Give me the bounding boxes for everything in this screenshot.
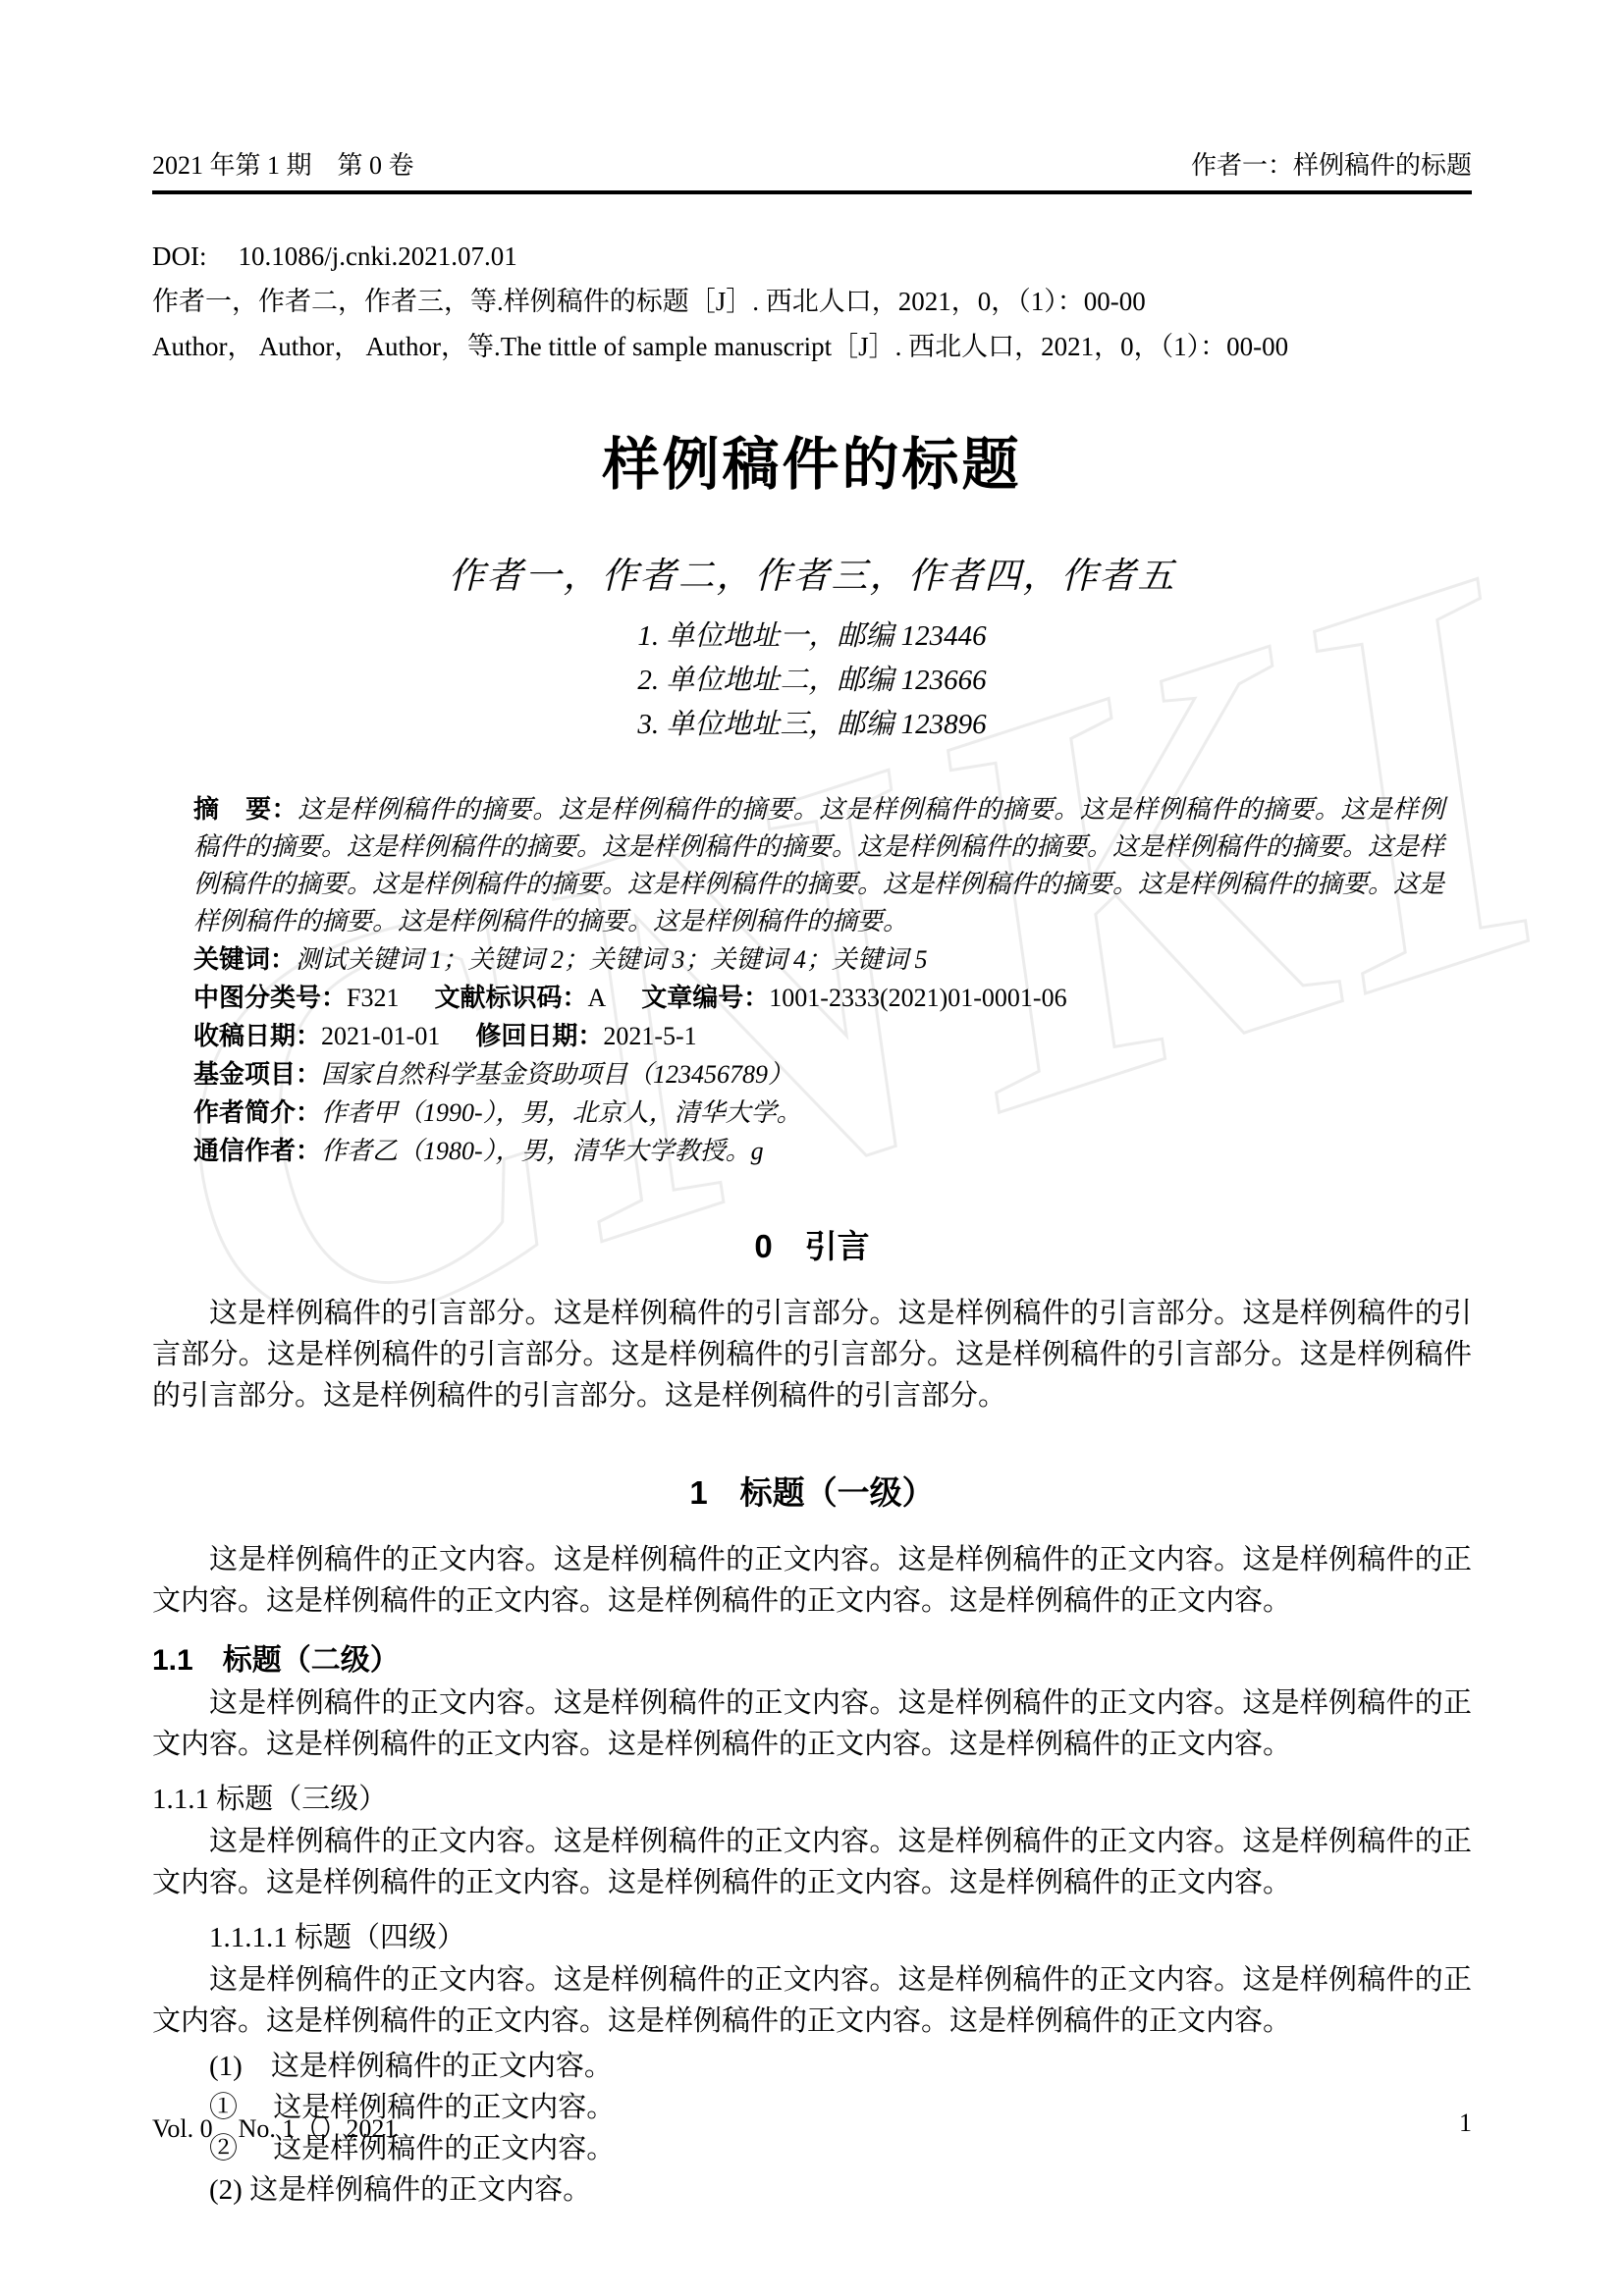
author-bio-value: 作者甲（1990-），男，北京人，清华大学。 <box>321 1098 802 1127</box>
article-id-value: 1001-2333(2021)01-0001-06 <box>769 984 1066 1012</box>
doi-value: 10.1086/j.cnki.2021.07.01 <box>239 241 517 271</box>
citation-english: Author， Author， Author，等.The tittle of s… <box>152 324 1472 369</box>
doi-label: DOI: <box>152 241 207 271</box>
section-heading-level1: 1 标题（一级） <box>152 1468 1472 1514</box>
section1-paragraph: 这是样例稿件的正文内容。这是样例稿件的正文内容。这是样例稿件的正文内容。这是样例… <box>152 1539 1472 1622</box>
doi-line: DOI:10.1086/j.cnki.2021.07.01 <box>152 234 1472 279</box>
affiliation-item: 2. 单位地址二，邮编 123666 <box>152 659 1472 703</box>
corresponding-author-label: 通信作者： <box>193 1136 321 1165</box>
abstract: 摘 要：这是样例稿件的摘要。这是样例稿件的摘要。这是样例稿件的摘要。这是样例稿件… <box>193 790 1444 940</box>
footer-volume-info: Vol. 0 No. 1（）2021 <box>152 2109 397 2145</box>
abstract-label: 摘 要： <box>193 794 298 824</box>
section-heading-level2: 1.1 标题（二级） <box>152 1635 1472 1679</box>
section1-1-paragraph: 这是样例稿件的正文内容。这是样例稿件的正文内容。这是样例稿件的正文内容。这是样例… <box>152 1682 1472 1765</box>
manuscript-page: CNKI 2021 年第 1 期 第 0 卷 作者一：样例稿件的标题 DOI:1… <box>0 0 1624 2296</box>
authors-line: 作者一，作者二，作者三，作者四，作者五 <box>152 546 1472 599</box>
author-bio-label: 作者简介： <box>193 1097 321 1127</box>
front-matter: 摘 要：这是样例稿件的摘要。这是样例稿件的摘要。这是样例稿件的摘要。这是样例稿件… <box>193 790 1444 1170</box>
received-value: 2021-01-01 <box>321 1022 440 1050</box>
keywords-text: 测试关键词 1；关键词 2；关键词 3；关键词 4；关键词 5 <box>296 945 928 974</box>
footer-page-number: 1 <box>1459 2109 1472 2145</box>
affiliation-item: 1. 单位地址一，邮编 123446 <box>152 614 1472 659</box>
citation-chinese: 作者一，作者二，作者三，等.样例稿件的标题［J］. 西北人口，2021，0，（1… <box>152 279 1472 324</box>
article-id-label: 文章编号： <box>641 983 769 1012</box>
classification-line: 中图分类号：F321文献标识码：A文章编号：1001-2333(2021)01-… <box>193 979 1444 1017</box>
header-rule <box>152 190 1472 194</box>
received-label: 收稿日期： <box>193 1021 321 1050</box>
clc-label: 中图分类号： <box>193 983 347 1012</box>
author-bio-line: 作者简介：作者甲（1990-），男，北京人，清华大学。 <box>193 1094 1444 1132</box>
list-item: (2) 这是样例稿件的正文内容。 <box>209 2169 1472 2211</box>
section-heading-intro: 0 引言 <box>152 1221 1472 1267</box>
corresponding-author-line: 通信作者：作者乙（1980-），男，清华大学教授。g <box>193 1132 1444 1170</box>
doc-code-label: 文献标识码： <box>434 983 587 1012</box>
abstract-text: 这是样例稿件的摘要。这是样例稿件的摘要。这是样例稿件的摘要。这是样例稿件的摘要。… <box>193 795 1444 935</box>
affiliation-item: 3. 单位地址三，邮编 123896 <box>152 703 1472 747</box>
section-heading-level3: 1.1.1 标题（三级） <box>152 1777 1472 1817</box>
funding-label: 基金项目： <box>193 1059 321 1089</box>
page-footer: Vol. 0 No. 1（）2021 1 <box>152 2109 1472 2145</box>
intro-paragraph: 这是样例稿件的引言部分。这是样例稿件的引言部分。这是样例稿件的引言部分。这是样例… <box>152 1293 1472 1416</box>
corresponding-author-value: 作者乙（1980-），男，清华大学教授。g <box>321 1137 764 1165</box>
header-issue-volume: 2021 年第 1 期 第 0 卷 <box>152 145 414 182</box>
list-item: (1) 这是样例稿件的正文内容。 <box>209 2046 1472 2087</box>
header-running-title: 作者一：样例稿件的标题 <box>1191 145 1472 182</box>
section1-1-1-1-paragraph: 这是样例稿件的正文内容。这是样例稿件的正文内容。这是样例稿件的正文内容。这是样例… <box>152 1959 1472 2042</box>
clc-value: F321 <box>347 984 399 1012</box>
keywords-label: 关键词： <box>193 944 296 974</box>
page-header: 2021 年第 1 期 第 0 卷 作者一：样例稿件的标题 <box>152 0 1472 182</box>
keywords: 关键词：测试关键词 1；关键词 2；关键词 3；关键词 4；关键词 5 <box>193 940 1444 979</box>
funding-value: 国家自然科学基金资助项目（123456789） <box>321 1060 793 1089</box>
article-title: 样例稿件的标题 <box>152 418 1472 501</box>
dates-line: 收稿日期：2021-01-01修回日期：2021-5-1 <box>193 1017 1444 1055</box>
funding-line: 基金项目：国家自然科学基金资助项目（123456789） <box>193 1055 1444 1094</box>
citation-block: DOI:10.1086/j.cnki.2021.07.01 作者一，作者二，作者… <box>152 234 1472 369</box>
revised-label: 修回日期： <box>475 1021 603 1050</box>
section-heading-level4: 1.1.1.1 标题（四级） <box>209 1915 1472 1955</box>
section1-1-1-paragraph: 这是样例稿件的正文内容。这是样例稿件的正文内容。这是样例稿件的正文内容。这是样例… <box>152 1821 1472 1903</box>
affiliations-list: 1. 单位地址一，邮编 123446 2. 单位地址二，邮编 123666 3.… <box>152 614 1472 747</box>
revised-value: 2021-5-1 <box>603 1022 696 1050</box>
doc-code-value: A <box>588 984 607 1012</box>
